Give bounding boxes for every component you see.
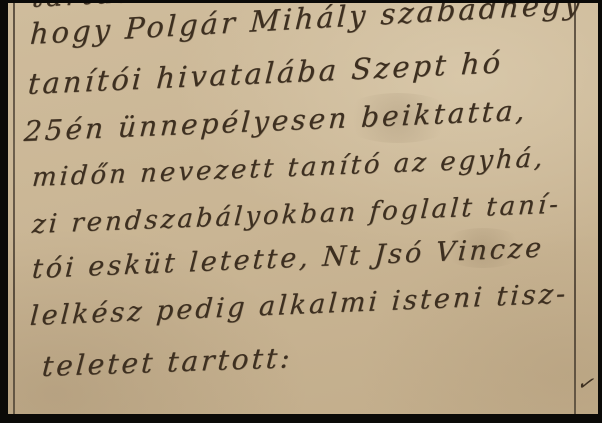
handwritten-line: 25én ünnepélyesen beiktatta, bbox=[23, 94, 529, 148]
right-margin-rule bbox=[574, 3, 576, 414]
handwritten-line: teletet tartott: bbox=[41, 341, 294, 383]
handwritten-line: midőn nevezett tanító az egyhá, bbox=[31, 143, 546, 193]
left-margin-rule bbox=[13, 3, 15, 414]
manuscript-paper: tartás hogy Polgár Mihály szabadhegy tan… bbox=[8, 3, 598, 414]
margin-check-mark: ✓ bbox=[575, 370, 595, 396]
handwritten-line: tanítói hivatalába Szept hó bbox=[27, 45, 504, 101]
handwritten-line: tói esküt letette, Nt Jsó Vincze bbox=[31, 232, 545, 285]
handwritten-line: lelkész pedig alkalmi isteni tisz- bbox=[29, 278, 569, 332]
scanned-page: tartás hogy Polgár Mihály szabadhegy tan… bbox=[0, 0, 602, 423]
handwritten-line: hogy Polgár Mihály szabadhegy bbox=[29, 3, 584, 51]
